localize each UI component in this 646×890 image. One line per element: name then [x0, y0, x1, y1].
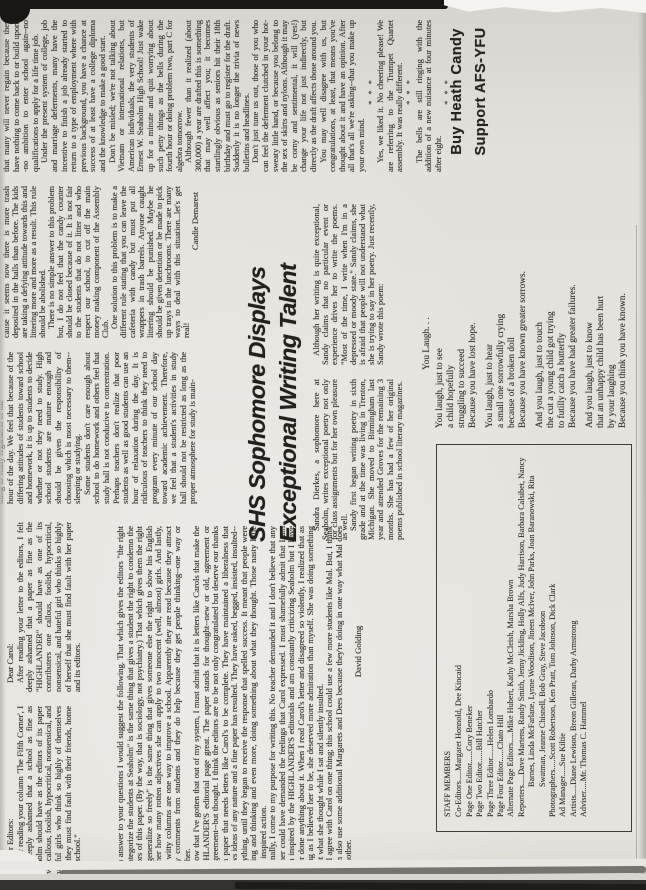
poem-stanza: And you laugh, just to touch the cut a y… — [535, 178, 579, 428]
letter-litter-para2: There is no simple answer to this proble… — [47, 186, 110, 338]
letter-dear-carol-para1: After reading your letter to the editors… — [16, 522, 83, 692]
draft-para5: Don't just tune us out, those of you who… — [251, 20, 318, 172]
scan-fold-line — [636, 225, 637, 890]
staff-line: Page One Editor......Cory Beneker — [465, 455, 475, 817]
letter-litter-signature: Candie Demarest — [191, 186, 200, 338]
staff-line: Co-Editors.....Margaret Honnold, Dee Kin… — [454, 455, 464, 817]
letter-litter-para3: One solution to this problem is to make … — [110, 186, 191, 338]
letter-study-hall: thing to study regardless of the hour of… — [0, 352, 198, 504]
staff-line: Alternate Page Editors.....Mike Hubert, … — [506, 455, 516, 817]
scan-edge-left — [0, 0, 6, 890]
feature-para2: Sandy first began writing poetry in sixt… — [349, 379, 404, 540]
letter-dear-editors-body: After reading your column 'The Fifth Cor… — [16, 706, 83, 876]
staff-line: Photographers.....Scott Robertson, Ken P… — [548, 455, 558, 817]
letter-dear-carol-signature: David Golding — [354, 526, 364, 876]
staff-members-box: STAFF MEMBERS Co-Editors.....Margaret Ho… — [436, 444, 632, 832]
letter-litter: cause it seems now there is more trash d… — [2, 186, 200, 338]
promo-heath-candy: Buy Heath Candy — [453, 20, 463, 172]
filler-trumpet-quartet: Yes, we liked it. No cheering please! We… — [376, 20, 405, 172]
letter-dear-carol-wide: In answer to your questions I would sugg… — [116, 526, 363, 876]
staff-box-title: STAFF MEMBERS — [443, 455, 453, 817]
staff-line: Reporters.....Dave Martens, Randy Smith,… — [517, 455, 548, 817]
draft-para2: Under the present system of college, job… — [40, 20, 107, 172]
staff-line: Page Two Editor......Bill Hatcher — [475, 455, 485, 817]
letter-dear-carol-para4: Finally, I come to my purpose for writin… — [268, 526, 325, 876]
column-draft-editorial: that many will never regain because they… — [2, 20, 644, 172]
letter-dear-carol-para3: Now that I've gotten that out of my syst… — [192, 526, 268, 876]
letter-dear-carol-para5: I'll agree with Carol on one thing; this… — [325, 526, 354, 876]
draft-para4: Although fewer than it realized (about 3… — [184, 20, 251, 172]
scanned-newspaper-screenshot: "Dear Editors: After reading your column… — [0, 0, 646, 890]
feature-article: Sandra Dierkes, a sophomore here at Seah… — [312, 204, 422, 540]
letter-study-hall-para1: hour of the day. We feel that because of… — [6, 352, 83, 504]
letter-study-hall-para2: Some students don't care enough about sc… — [83, 352, 198, 504]
filler-bells: The bells are still ringing with the add… — [415, 20, 444, 172]
staff-line: Page Three Editor......Helen Lombardo — [486, 455, 496, 817]
staff-line: Page Four Editor......Chato Hill — [496, 455, 506, 817]
feature-para1: Sandra Dierkes, a sophomore here at Seah… — [312, 379, 349, 540]
draft-para1: that many will never regain because they… — [2, 20, 40, 172]
poem-stanza: You laugh, just to hear a small one sorr… — [485, 178, 529, 428]
scan-bottom-band-black — [235, 882, 646, 890]
scan-edge-right — [638, 0, 646, 890]
staff-line: Artists.....Diane Lewison, Breon Gillera… — [569, 455, 579, 817]
draft-para6: You may well disagree with us, but congr… — [319, 20, 367, 172]
feature-headline: SHS Sophomore Displays Exceptional Writi… — [242, 182, 304, 542]
feature-headline-line1: SHS Sophomore Displays — [242, 182, 273, 542]
scan-edge-top-strip — [0, 0, 448, 9]
poem-you-laugh: You Laugh. . . You laugh, just to see a … — [422, 178, 635, 428]
letter-dear-carol-para2: In answer to your questions I would sugg… — [116, 526, 192, 876]
poem-stanza: You laugh, just to see a child hopefully… — [435, 178, 479, 428]
letter-litter-para1: cause it seems now there is more trash d… — [2, 186, 47, 338]
staff-line: Adviser.....Mr. Thomas C. Hammel — [579, 455, 589, 817]
promo-afs-yfu: Support AFS-YFU — [477, 20, 487, 172]
feature-headline-line2: Exceptional Writing Talent — [273, 182, 304, 542]
staff-line: Ad Manager.....Sue Kiltie — [558, 455, 568, 817]
letter-dear-carol-top: Dear Carol: After reading your letter to… — [6, 522, 83, 692]
feature-para3: Although her writing is quite exceptiona… — [312, 204, 386, 365]
newspaper-page-rotated: "Dear Editors: After reading your column… — [0, 0, 646, 890]
poem-title: You Laugh. . . — [422, 178, 433, 428]
draft-para3: Don't be misled; we're not talking about… — [108, 20, 185, 172]
poem-stanza: And you laugh, just to know that an unha… — [585, 178, 629, 428]
